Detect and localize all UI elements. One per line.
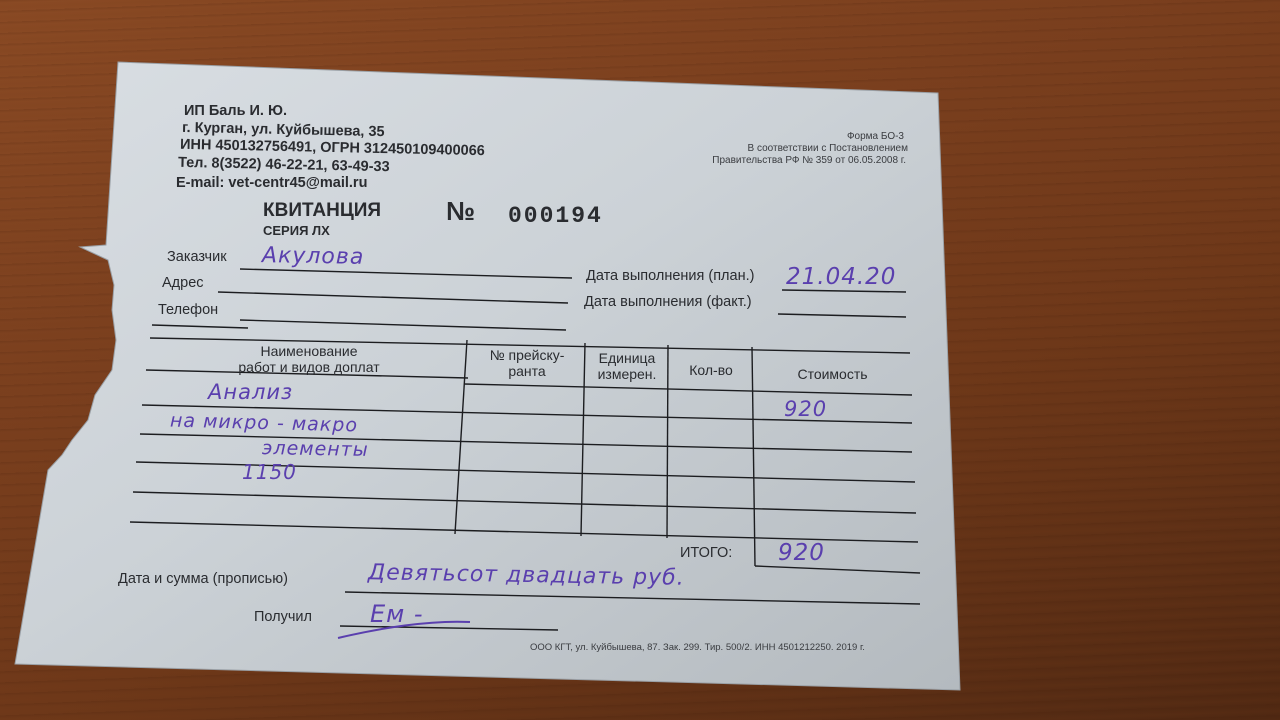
customer-label: Заказчик (167, 249, 227, 265)
issuer-name: ИП Баль И. Ю. (184, 103, 287, 120)
phone-label: Телефон (158, 302, 218, 318)
issuer-email: E-mail: vet-centr45@mail.ru (176, 175, 367, 192)
printer-note: ООО КГТ, ул. Куйбышева, 87. Зак. 299. Ти… (530, 642, 865, 653)
receipt-title: КВИТАНЦИЯ (263, 200, 381, 222)
receipt-number-sign: № (446, 196, 475, 227)
form-code: Форма БО-3 (847, 131, 904, 142)
header-name: Наименование работ и видов доплат (214, 343, 404, 375)
received-label: Получил (254, 609, 312, 625)
amount-words-label: Дата и сумма (прописью) (118, 571, 288, 587)
receipt-number: 000194 (508, 203, 603, 229)
header-unit-line2: измерен. (588, 366, 666, 382)
receipt-series: СЕРИЯ ЛХ (263, 223, 330, 238)
row-1-name: Анализ (208, 380, 293, 404)
total-label: ИТОГО: (680, 545, 732, 561)
date-fact-label: Дата выполнения (факт.) (584, 294, 752, 310)
address-label: Адрес (162, 275, 204, 291)
header-cost: Стоимость (760, 366, 905, 382)
header-price-list-line1: № прейску- (472, 347, 582, 363)
row-4-name: 1150 (242, 460, 297, 484)
date-plan-value: 21.04.20 (786, 264, 896, 290)
header-price-list-line2: ранта (472, 363, 582, 379)
form-note-line1: В соответствии с Постановлением (748, 143, 908, 154)
header-name-line1: Наименование (214, 343, 404, 359)
total-value: 920 (778, 540, 825, 566)
header-unit-line1: Единица (588, 350, 666, 366)
row-3-name: элементы (262, 437, 369, 461)
header-name-line2: работ и видов доплат (214, 359, 404, 375)
row-1-cost: 920 (784, 397, 827, 421)
received-signature: Ем - (370, 600, 424, 628)
header-qty: Кол-во (672, 362, 750, 378)
date-plan-label: Дата выполнения (план.) (586, 268, 754, 284)
form-note-line2: Правительства РФ № 359 от 06.05.2008 г. (712, 155, 906, 166)
header-unit: Единица измерен. (588, 350, 666, 382)
receipt-paper: ИП Баль И. Ю. г. Курган, ул. Куйбышева, … (0, 0, 1280, 720)
header-price-list: № прейску- ранта (472, 347, 582, 379)
customer-value: Акулова (262, 243, 365, 270)
